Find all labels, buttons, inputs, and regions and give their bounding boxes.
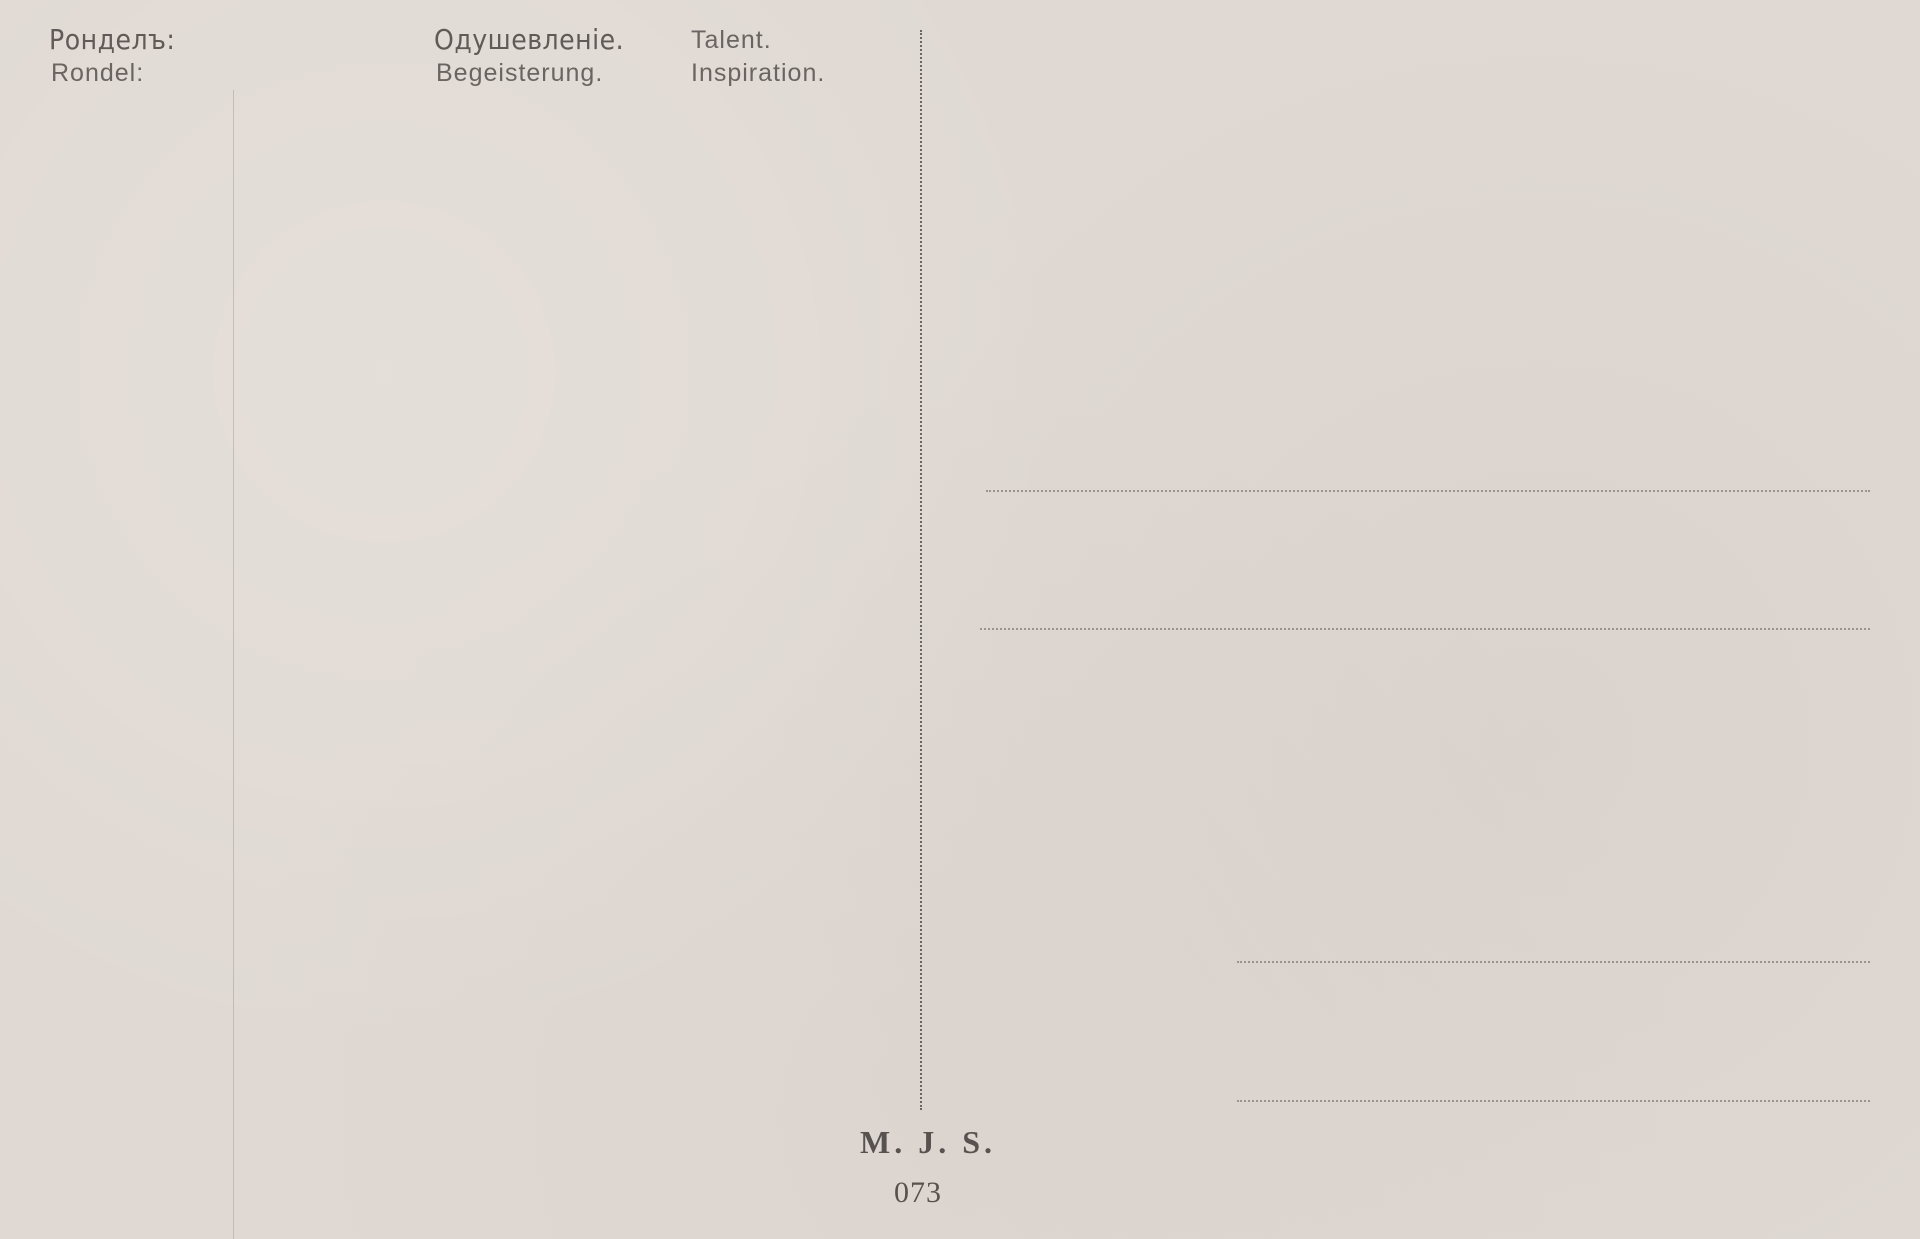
publisher-mark: M. J. S.	[860, 1126, 996, 1158]
title-ru: Ронделъ:	[49, 26, 175, 54]
fold-crease	[233, 90, 234, 1239]
divider-line	[920, 30, 922, 1110]
subject-en-inspiration: Inspiration.	[691, 61, 825, 86]
address-line-2	[980, 628, 1870, 630]
address-line-3	[1237, 961, 1870, 963]
subject-ru: Одушевленіе.	[434, 26, 624, 54]
subject-de: Begeisterung.	[436, 61, 603, 86]
address-line-1	[986, 490, 1870, 492]
postcard-back: { "header": { "left_ru": "Ронделъ:", "le…	[0, 0, 1920, 1239]
card-number: 073	[894, 1178, 942, 1208]
subject-en-talent: Talent.	[691, 28, 772, 53]
title-de: Rondel:	[51, 61, 144, 86]
address-line-4	[1237, 1100, 1870, 1102]
